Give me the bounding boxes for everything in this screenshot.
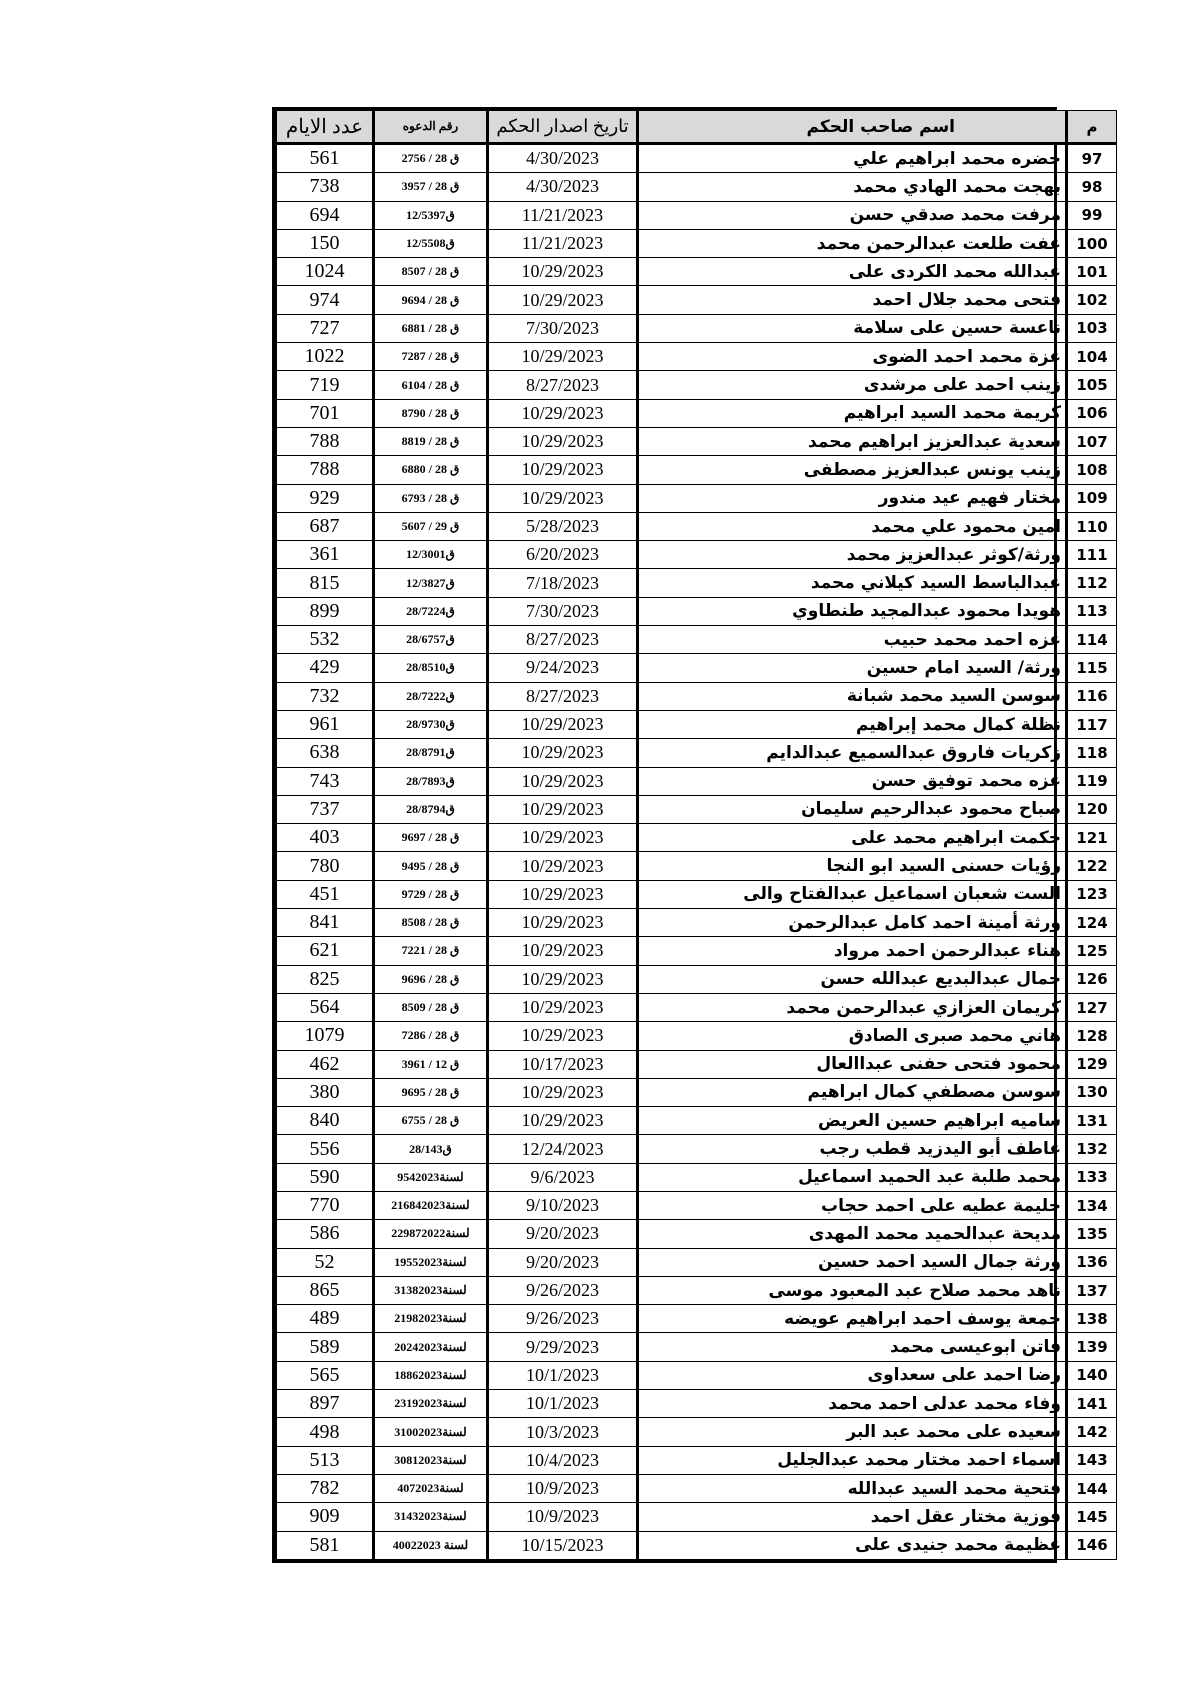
table-row: 129محمود فتحى حفنى عبداالعال10/17/2023ق … [276, 1050, 1117, 1078]
header-days: عدد الايام [276, 111, 374, 144]
row-number: 113 [1067, 597, 1117, 625]
days-count: 841 [276, 909, 374, 937]
days-count: 815 [276, 569, 374, 597]
case-number: 2319لسنة2023 [374, 1390, 488, 1418]
days-count: 897 [276, 1390, 374, 1418]
judgment-holder-name: اسماء احمد مختار محمد عبدالجليل [638, 1446, 1067, 1474]
judgment-holder-name: ورثة/ السيد امام حسين [638, 654, 1067, 682]
judgment-holder-name: صباح محمود عبدالرحيم سليمان [638, 795, 1067, 823]
judgment-date: 9/26/2023 [488, 1305, 638, 1333]
judgment-date: 12/24/2023 [488, 1135, 638, 1163]
judgment-holder-name: هويدا محمود عبدالمجيد طنطاوي [638, 597, 1067, 625]
judgment-date: 10/29/2023 [488, 852, 638, 880]
table-row: 106كريمة محمد السيد ابراهيم10/29/2023ق 2… [276, 399, 1117, 427]
judgment-date: 9/26/2023 [488, 1276, 638, 1304]
case-number: ق 28 / 9695 [374, 1078, 488, 1106]
table-row: 110امين محمود علي محمد5/28/2023ق 29 / 56… [276, 512, 1117, 540]
case-number: ق 12 / 3961 [374, 1050, 488, 1078]
table-row: 142سعيده على محمد عبد البر10/3/20233100ل… [276, 1418, 1117, 1446]
case-number: ق 28 / 6755 [374, 1107, 488, 1135]
days-count: 825 [276, 965, 374, 993]
judgments-table: م اسم صاحب الحكم تاريخ اصدار الحكم رقم ا… [275, 110, 1117, 1560]
days-count: 694 [276, 201, 374, 229]
judgment-holder-name: ساميه ابراهيم حسين العريض [638, 1107, 1067, 1135]
judgment-date: 10/29/2023 [488, 965, 638, 993]
row-number: 105 [1067, 371, 1117, 399]
days-count: 564 [276, 993, 374, 1021]
judgment-holder-name: ورثة جمال السيد احمد حسين [638, 1248, 1067, 1276]
days-count: 590 [276, 1163, 374, 1191]
judgment-date: 10/29/2023 [488, 739, 638, 767]
row-number: 138 [1067, 1305, 1117, 1333]
judgment-holder-name: كريمة محمد السيد ابراهيم [638, 399, 1067, 427]
days-count: 532 [276, 626, 374, 654]
row-number: 130 [1067, 1078, 1117, 1106]
case-number: ق 28 / 8509 [374, 993, 488, 1021]
case-number: ق 28 / 9696 [374, 965, 488, 993]
judgment-date: 10/29/2023 [488, 795, 638, 823]
judgment-date: 10/29/2023 [488, 824, 638, 852]
days-count: 638 [276, 739, 374, 767]
row-number: 122 [1067, 852, 1117, 880]
case-number: ق 28 / 7287 [374, 343, 488, 371]
judgment-date: 10/29/2023 [488, 937, 638, 965]
judgment-holder-name: مديحة عبدالحميد محمد المهدى [638, 1220, 1067, 1248]
table-row: 112عبدالباسط السيد كيلاني محمد7/18/20231… [276, 569, 1117, 597]
days-count: 556 [276, 1135, 374, 1163]
judgment-holder-name: هاني محمد صبرى الصادق [638, 1022, 1067, 1050]
row-number: 143 [1067, 1446, 1117, 1474]
days-count: 782 [276, 1474, 374, 1502]
case-number: ق 28 / 6881 [374, 314, 488, 342]
header-row: م اسم صاحب الحكم تاريخ اصدار الحكم رقم ا… [276, 111, 1117, 144]
row-number: 135 [1067, 1220, 1117, 1248]
case-number: 1886لسنة2023 [374, 1361, 488, 1389]
judgment-date: 10/17/2023 [488, 1050, 638, 1078]
table-row: 109مختار فهيم عيد مندور10/29/2023ق 28 / … [276, 484, 1117, 512]
row-number: 142 [1067, 1418, 1117, 1446]
table-row: 118زكريات فاروق عبدالسميع عبدالدايم10/29… [276, 739, 1117, 767]
table-row: 102فتحى محمد جلال احمد10/29/2023ق 28 / 9… [276, 286, 1117, 314]
judgment-holder-name: جمعة يوسف احمد ابراهيم عويضه [638, 1305, 1067, 1333]
days-count: 727 [276, 314, 374, 342]
table-row: 105زينب احمد على مرشدى8/27/2023ق 28 / 61… [276, 371, 1117, 399]
case-number: ق 28 / 6880 [374, 456, 488, 484]
days-count: 489 [276, 1305, 374, 1333]
case-number: 28/143ق [374, 1135, 488, 1163]
case-number: ق 28 / 9729 [374, 880, 488, 908]
judgment-date: 7/18/2023 [488, 569, 638, 597]
days-count: 719 [276, 371, 374, 399]
table-row: 132عاطف أبو اليدزيد قطب رجب12/24/202328/… [276, 1135, 1117, 1163]
judgment-date: 9/29/2023 [488, 1333, 638, 1361]
judgment-date: 10/9/2023 [488, 1474, 638, 1502]
row-number: 126 [1067, 965, 1117, 993]
row-number: 117 [1067, 710, 1117, 738]
table-row: 124ورثة أمينة احمد كامل عبدالرحمن10/29/2… [276, 909, 1117, 937]
judgment-date: 9/20/2023 [488, 1220, 638, 1248]
case-number: ق 28 / 3957 [374, 173, 488, 201]
judgment-date: 6/20/2023 [488, 541, 638, 569]
days-count: 561 [276, 144, 374, 173]
case-number: 28/6757ق [374, 626, 488, 654]
case-number: ق 29 / 5607 [374, 512, 488, 540]
judgment-holder-name: عظيمة محمد جنيدى على [638, 1531, 1067, 1559]
days-count: 380 [276, 1078, 374, 1106]
table-row: 139فاتن ابوعيسى محمد9/29/20232024لسنة202… [276, 1333, 1117, 1361]
row-number: 131 [1067, 1107, 1117, 1135]
row-number: 103 [1067, 314, 1117, 342]
row-number: 107 [1067, 427, 1117, 455]
row-number: 109 [1067, 484, 1117, 512]
days-count: 701 [276, 399, 374, 427]
row-number: 145 [1067, 1503, 1117, 1531]
judgment-date: 10/1/2023 [488, 1361, 638, 1389]
table-row: 97خضره محمد ابراهيم علي4/30/2023ق 28 / 2… [276, 144, 1117, 173]
table-row: 113هويدا محمود عبدالمجيد طنطاوي7/30/2023… [276, 597, 1117, 625]
case-number: 28/9730ق [374, 710, 488, 738]
table-row: 104عزة محمد احمد الضوى10/29/2023ق 28 / 7… [276, 343, 1117, 371]
row-number: 137 [1067, 1276, 1117, 1304]
days-count: 150 [276, 229, 374, 257]
table-row: 127كريمان العزازي عبدالرحمن محمد10/29/20… [276, 993, 1117, 1021]
row-number: 101 [1067, 258, 1117, 286]
row-number: 116 [1067, 682, 1117, 710]
judgment-date: 4/30/2023 [488, 144, 638, 173]
days-count: 974 [276, 286, 374, 314]
table-row: 140رضا احمد على سعداوى10/1/20231886لسنة2… [276, 1361, 1117, 1389]
days-count: 498 [276, 1418, 374, 1446]
days-count: 581 [276, 1531, 374, 1559]
row-number: 133 [1067, 1163, 1117, 1191]
row-number: 115 [1067, 654, 1117, 682]
judgment-holder-name: محمود فتحى حفنى عبداالعال [638, 1050, 1067, 1078]
days-count: 737 [276, 795, 374, 823]
row-number: 102 [1067, 286, 1117, 314]
days-count: 586 [276, 1220, 374, 1248]
case-number: 2024لسنة2023 [374, 1333, 488, 1361]
case-number: 3143لسنة2023 [374, 1503, 488, 1531]
row-number: 141 [1067, 1390, 1117, 1418]
table-row: 100عفت طلعت عبدالرحمن محمد11/21/202312/5… [276, 229, 1117, 257]
judgment-holder-name: بهجت محمد الهادي محمد [638, 173, 1067, 201]
case-number: 28/8794ق [374, 795, 488, 823]
judgment-holder-name: كريمان العزازي عبدالرحمن محمد [638, 993, 1067, 1021]
table-row: 107سعدية عبدالعزيز ابراهيم محمد10/29/202… [276, 427, 1117, 455]
judgment-holder-name: جمال عبدالبديع عبدالله حسن [638, 965, 1067, 993]
days-count: 865 [276, 1276, 374, 1304]
table-row: 141وفاء محمد عدلى احمد محمد10/1/20232319… [276, 1390, 1117, 1418]
case-number: 28/8510ق [374, 654, 488, 682]
judgment-date: 10/29/2023 [488, 767, 638, 795]
judgment-holder-name: ناعسة حسين على سلامة [638, 314, 1067, 342]
judgment-date: 10/29/2023 [488, 993, 638, 1021]
table-row: 133محمد طلبة عبد الحميد اسماعيل9/6/20239… [276, 1163, 1117, 1191]
row-number: 108 [1067, 456, 1117, 484]
case-number: ق 28 / 7286 [374, 1022, 488, 1050]
judgment-holder-name: زكريات فاروق عبدالسميع عبدالدايم [638, 739, 1067, 767]
row-number: 132 [1067, 1135, 1117, 1163]
case-number: 3081لسنة2023 [374, 1446, 488, 1474]
case-number: ق 28 / 9697 [374, 824, 488, 852]
case-number: 2198لسنة2023 [374, 1305, 488, 1333]
days-count: 52 [276, 1248, 374, 1276]
judgment-holder-name: خضره محمد ابراهيم علي [638, 144, 1067, 173]
table-row: 114عزه احمد محمد حبيب8/27/202328/6757ق53… [276, 626, 1117, 654]
judgment-holder-name: مختار فهيم عيد مندور [638, 484, 1067, 512]
days-count: 687 [276, 512, 374, 540]
header-num: م [1067, 111, 1117, 144]
days-count: 899 [276, 597, 374, 625]
judgment-date: 10/29/2023 [488, 1022, 638, 1050]
case-number: ق 28 / 8507 [374, 258, 488, 286]
judgment-date: 9/20/2023 [488, 1248, 638, 1276]
judgment-holder-name: ناهد محمد صلاح عبد المعبود موسى [638, 1276, 1067, 1304]
table-row: 119عزه محمد توفيق حسن10/29/202328/7893ق7… [276, 767, 1117, 795]
judgment-holder-name: مرفت محمد صدقي حسن [638, 201, 1067, 229]
judgment-date: 10/29/2023 [488, 427, 638, 455]
row-number: 97 [1067, 144, 1117, 173]
table-row: 125هناء عبدالرحمن احمد مرواد10/29/2023ق … [276, 937, 1117, 965]
table-row: 144فتحية محمد السيد عبدالله10/9/2023407ل… [276, 1474, 1117, 1502]
case-number: 28/7893ق [374, 767, 488, 795]
header-case-number: رقم الدعوه [374, 111, 488, 144]
row-number: 144 [1067, 1474, 1117, 1502]
judgment-date: 10/29/2023 [488, 456, 638, 484]
case-number: 12/3001ق [374, 541, 488, 569]
judgment-date: 10/29/2023 [488, 1078, 638, 1106]
row-number: 134 [1067, 1191, 1117, 1219]
judgment-date: 11/21/2023 [488, 229, 638, 257]
case-number: 28/7222ق [374, 682, 488, 710]
table-row: 101عبدالله محمد الكردى على10/29/2023ق 28… [276, 258, 1117, 286]
table-row: 136ورثة جمال السيد احمد حسين9/20/2023195… [276, 1248, 1117, 1276]
days-count: 788 [276, 456, 374, 484]
judgment-date: 7/30/2023 [488, 597, 638, 625]
judgment-holder-name: فاتن ابوعيسى محمد [638, 1333, 1067, 1361]
table-row: 146عظيمة محمد جنيدى على10/15/20234002لسن… [276, 1531, 1117, 1559]
judgment-date: 10/29/2023 [488, 1107, 638, 1135]
days-count: 840 [276, 1107, 374, 1135]
judgment-date: 10/29/2023 [488, 343, 638, 371]
table-row: 117نظلة كمال محمد إبراهيم10/29/202328/97… [276, 710, 1117, 738]
row-number: 139 [1067, 1333, 1117, 1361]
judgment-holder-name: فوزية مختار عقل احمد [638, 1503, 1067, 1531]
judgment-holder-name: فتحى محمد جلال احمد [638, 286, 1067, 314]
judgment-date: 9/24/2023 [488, 654, 638, 682]
judgment-date: 9/6/2023 [488, 1163, 638, 1191]
case-number: 22987لسنة2022 [374, 1220, 488, 1248]
table-row: 123الست شعبان اسماعيل عبدالفتاح والى10/2… [276, 880, 1117, 908]
judgment-date: 10/3/2023 [488, 1418, 638, 1446]
case-number: 28/7224ق [374, 597, 488, 625]
judgment-holder-name: سوسن مصطفي كمال ابراهيم [638, 1078, 1067, 1106]
case-number: ق 28 / 8508 [374, 909, 488, 937]
judgment-holder-name: فتحية محمد السيد عبدالله [638, 1474, 1067, 1502]
table-row: 145فوزية مختار عقل احمد10/9/20233143لسنة… [276, 1503, 1117, 1531]
judgment-date: 10/9/2023 [488, 1503, 638, 1531]
table-row: 103ناعسة حسين على سلامة7/30/2023ق 28 / 6… [276, 314, 1117, 342]
case-number: 12/3827ق [374, 569, 488, 597]
table-row: 115ورثة/ السيد امام حسين9/24/202328/8510… [276, 654, 1117, 682]
case-number: 4002لسنة 2023 [374, 1531, 488, 1559]
row-number: 140 [1067, 1361, 1117, 1389]
judgment-holder-name: زينب احمد على مرشدى [638, 371, 1067, 399]
case-number: ق 28 / 7221 [374, 937, 488, 965]
judgment-date: 10/1/2023 [488, 1390, 638, 1418]
judgment-holder-name: عبدالله محمد الكردى على [638, 258, 1067, 286]
judgments-table-sheet: م اسم صاحب الحكم تاريخ اصدار الحكم رقم ا… [272, 107, 1057, 1563]
row-number: 124 [1067, 909, 1117, 937]
table-row: 120صباح محمود عبدالرحيم سليمان10/29/2023… [276, 795, 1117, 823]
header-date: تاريخ اصدار الحكم [488, 111, 638, 144]
case-number: ق 28 / 2756 [374, 144, 488, 173]
case-number: ق 28 / 8790 [374, 399, 488, 427]
judgment-holder-name: سوسن السيد محمد شبانة [638, 682, 1067, 710]
days-count: 1024 [276, 258, 374, 286]
judgment-holder-name: نظلة كمال محمد إبراهيم [638, 710, 1067, 738]
judgment-date: 10/29/2023 [488, 399, 638, 427]
judgment-date: 8/27/2023 [488, 371, 638, 399]
judgment-date: 4/30/2023 [488, 173, 638, 201]
row-number: 123 [1067, 880, 1117, 908]
row-number: 98 [1067, 173, 1117, 201]
judgment-date: 5/28/2023 [488, 512, 638, 540]
case-number: 12/5508ق [374, 229, 488, 257]
case-number: 21684لسنة2023 [374, 1191, 488, 1219]
row-number: 119 [1067, 767, 1117, 795]
judgment-date: 10/29/2023 [488, 880, 638, 908]
case-number: 12/5397ق [374, 201, 488, 229]
table-row: 122رؤيات حسنى السيد ابو النجا10/29/2023ق… [276, 852, 1117, 880]
judgment-holder-name: محمد طلبة عبد الحميد اسماعيل [638, 1163, 1067, 1191]
judgment-holder-name: امين محمود علي محمد [638, 512, 1067, 540]
days-count: 1079 [276, 1022, 374, 1050]
judgment-holder-name: رؤيات حسنى السيد ابو النجا [638, 852, 1067, 880]
days-count: 429 [276, 654, 374, 682]
judgment-date: 10/29/2023 [488, 909, 638, 937]
row-number: 110 [1067, 512, 1117, 540]
judgment-holder-name: عفت طلعت عبدالرحمن محمد [638, 229, 1067, 257]
judgment-date: 8/27/2023 [488, 682, 638, 710]
table-row: 128هاني محمد صبرى الصادق10/29/2023ق 28 /… [276, 1022, 1117, 1050]
case-number: ق 28 / 6104 [374, 371, 488, 399]
row-number: 100 [1067, 229, 1117, 257]
table-row: 134حليمة عطيه على احمد حجاب9/10/20232168… [276, 1191, 1117, 1219]
days-count: 909 [276, 1503, 374, 1531]
days-count: 621 [276, 937, 374, 965]
row-number: 129 [1067, 1050, 1117, 1078]
judgment-holder-name: وفاء محمد عدلى احمد محمد [638, 1390, 1067, 1418]
table-row: 135مديحة عبدالحميد محمد المهدى9/20/20232… [276, 1220, 1117, 1248]
judgment-holder-name: حليمة عطيه على احمد حجاب [638, 1191, 1067, 1219]
judgment-date: 10/4/2023 [488, 1446, 638, 1474]
case-number: 3100لسنة2023 [374, 1418, 488, 1446]
case-number: ق 28 / 9694 [374, 286, 488, 314]
case-number: ق 28 / 8819 [374, 427, 488, 455]
table-row: 138جمعة يوسف احمد ابراهيم عويضه9/26/2023… [276, 1305, 1117, 1333]
days-count: 780 [276, 852, 374, 880]
days-count: 451 [276, 880, 374, 908]
table-row: 108زينب يونس عبدالعزيز مصطفى10/29/2023ق … [276, 456, 1117, 484]
judgment-date: 9/10/2023 [488, 1191, 638, 1219]
days-count: 1022 [276, 343, 374, 371]
judgment-holder-name: سعيده على محمد عبد البر [638, 1418, 1067, 1446]
table-row: 143اسماء احمد مختار محمد عبدالجليل10/4/2… [276, 1446, 1117, 1474]
days-count: 513 [276, 1446, 374, 1474]
row-number: 111 [1067, 541, 1117, 569]
case-number: 407لسنة2023 [374, 1474, 488, 1502]
row-number: 136 [1067, 1248, 1117, 1276]
days-count: 961 [276, 710, 374, 738]
row-number: 120 [1067, 795, 1117, 823]
judgment-holder-name: رضا احمد على سعداوى [638, 1361, 1067, 1389]
table-row: 98بهجت محمد الهادي محمد4/30/2023ق 28 / 3… [276, 173, 1117, 201]
table-row: 99مرفت محمد صدقي حسن11/21/202312/5397ق69… [276, 201, 1117, 229]
days-count: 743 [276, 767, 374, 795]
days-count: 788 [276, 427, 374, 455]
judgment-date: 8/27/2023 [488, 626, 638, 654]
judgment-holder-name: حكمت ابراهيم محمد على [638, 824, 1067, 852]
table-row: 121حكمت ابراهيم محمد على10/29/2023ق 28 /… [276, 824, 1117, 852]
days-count: 929 [276, 484, 374, 512]
judgment-holder-name: عزه احمد محمد حبيب [638, 626, 1067, 654]
days-count: 361 [276, 541, 374, 569]
judgment-date: 10/29/2023 [488, 484, 638, 512]
judgment-holder-name: عزة محمد احمد الضوى [638, 343, 1067, 371]
days-count: 732 [276, 682, 374, 710]
table-row: 137ناهد محمد صلاح عبد المعبود موسى9/26/2… [276, 1276, 1117, 1304]
row-number: 106 [1067, 399, 1117, 427]
row-number: 112 [1067, 569, 1117, 597]
table-row: 126جمال عبدالبديع عبدالله حسن10/29/2023ق… [276, 965, 1117, 993]
row-number: 104 [1067, 343, 1117, 371]
case-number: 1955لسنة2023 [374, 1248, 488, 1276]
table-row: 130سوسن مصطفي كمال ابراهيم10/29/2023ق 28… [276, 1078, 1117, 1106]
judgment-date: 11/21/2023 [488, 201, 638, 229]
case-number: 954لسنة2023 [374, 1163, 488, 1191]
judgment-date: 10/15/2023 [488, 1531, 638, 1559]
judgment-holder-name: عاطف أبو اليدزيد قطب رجب [638, 1135, 1067, 1163]
row-number: 125 [1067, 937, 1117, 965]
row-number: 114 [1067, 626, 1117, 654]
case-number: 28/8791ق [374, 739, 488, 767]
case-number: 3138لسنة2023 [374, 1276, 488, 1304]
table-row: 116سوسن السيد محمد شبانة8/27/202328/7222… [276, 682, 1117, 710]
row-number: 146 [1067, 1531, 1117, 1559]
judgment-holder-name: عزه محمد توفيق حسن [638, 767, 1067, 795]
judgment-date: 10/29/2023 [488, 258, 638, 286]
judgment-holder-name: زينب يونس عبدالعزيز مصطفى [638, 456, 1067, 484]
days-count: 565 [276, 1361, 374, 1389]
days-count: 403 [276, 824, 374, 852]
judgment-holder-name: ورثة/كوثر عبدالعزيز محمد [638, 541, 1067, 569]
judgment-date: 10/29/2023 [488, 286, 638, 314]
days-count: 462 [276, 1050, 374, 1078]
days-count: 738 [276, 173, 374, 201]
row-number: 118 [1067, 739, 1117, 767]
judgment-holder-name: سعدية عبدالعزيز ابراهيم محمد [638, 427, 1067, 455]
days-count: 589 [276, 1333, 374, 1361]
judgment-date: 10/29/2023 [488, 710, 638, 738]
judgment-holder-name: الست شعبان اسماعيل عبدالفتاح والى [638, 880, 1067, 908]
judgment-holder-name: هناء عبدالرحمن احمد مرواد [638, 937, 1067, 965]
judgment-date: 7/30/2023 [488, 314, 638, 342]
row-number: 99 [1067, 201, 1117, 229]
row-number: 128 [1067, 1022, 1117, 1050]
days-count: 770 [276, 1191, 374, 1219]
judgment-holder-name: عبدالباسط السيد كيلاني محمد [638, 569, 1067, 597]
